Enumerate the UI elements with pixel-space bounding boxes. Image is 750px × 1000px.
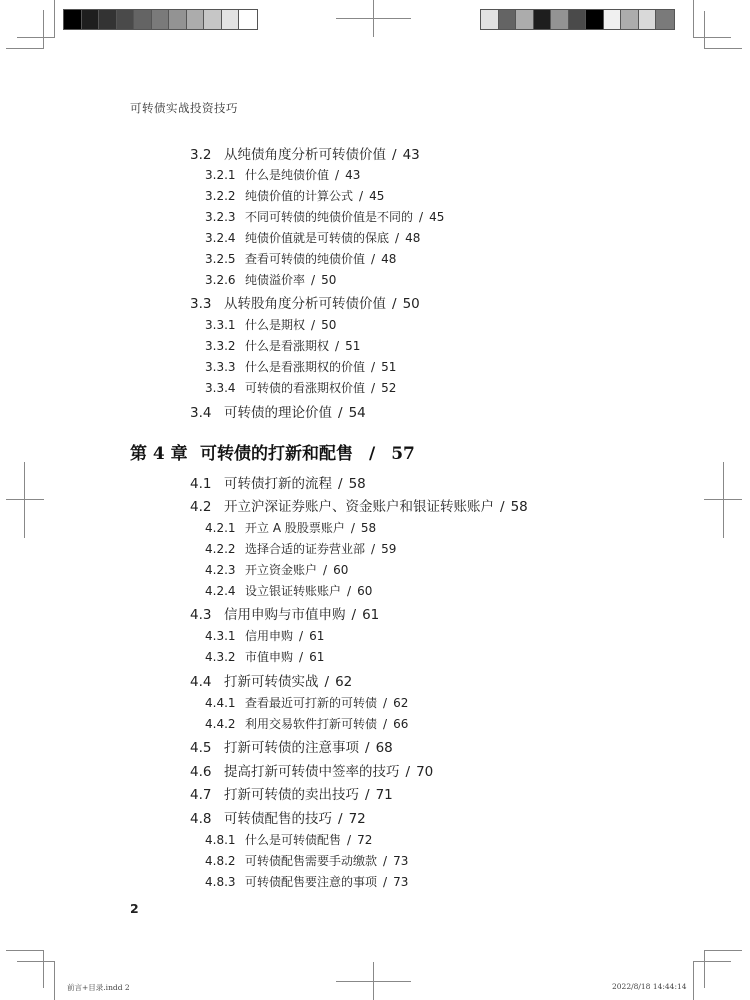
section-number: 4.3.2 [205, 650, 245, 664]
separator: / [325, 674, 330, 690]
section-title: 查看可转债的纯债价值 [245, 252, 365, 266]
page-number: 2 [130, 901, 139, 916]
toc-entry-4-2-3[interactable]: 4.2.3开立资金账户/60 [205, 561, 348, 578]
section-number: 3.4 [190, 405, 224, 421]
toc-entry-4-8-2[interactable]: 4.8.2可转债配售需要手动缴款/73 [205, 852, 408, 869]
page-ref: 52 [381, 381, 396, 395]
page-ref: 45 [369, 189, 384, 203]
page-ref: 72 [349, 811, 366, 827]
section-number: 4.4.1 [205, 696, 245, 710]
section-title: 查看最近可打新的可转债 [245, 696, 377, 710]
toc-entry-4-2-4[interactable]: 4.2.4设立银证转账账户/60 [205, 582, 372, 599]
toc-entry-3-3-2[interactable]: 3.3.2什么是看涨期权/51 [205, 337, 360, 354]
section-title: 信用申购 [245, 629, 293, 643]
page-ref: 58 [361, 521, 376, 535]
section-number: 3.2.3 [205, 210, 245, 224]
separator: / [351, 521, 355, 535]
chapter-title: 可转债的打新和配售 [200, 444, 353, 464]
toc-entry-4-3-2[interactable]: 4.3.2市值申购/61 [205, 648, 324, 665]
toc-entry-3-2[interactable]: 3.2从纯债角度分析可转债价值/43 [190, 143, 420, 163]
page-ref: 51 [345, 339, 360, 353]
section-title: 信用申购与市值申购 [224, 607, 346, 623]
page-ref: 58 [511, 499, 528, 515]
page-ref: 58 [349, 476, 366, 492]
toc-entry-3-4[interactable]: 3.4可转债的理论价值/54 [190, 401, 366, 421]
color-swatch [621, 10, 639, 29]
toc-entry-4-4[interactable]: 4.4打新可转债实战/62 [190, 670, 352, 690]
toc-entry-3-3-4[interactable]: 3.3.4可转债的看涨期权价值/52 [205, 379, 396, 396]
section-number: 4.8.2 [205, 854, 245, 868]
separator: / [371, 542, 375, 556]
chapter-number: 第 4 章 [130, 439, 200, 464]
separator: / [323, 563, 327, 577]
section-number: 3.3 [190, 296, 224, 312]
toc-entry-4-3[interactable]: 4.3信用申购与市值申购/61 [190, 603, 379, 623]
toc-entry-3-2-1[interactable]: 3.2.1什么是纯债价值/43 [205, 166, 360, 183]
page-ref: 61 [309, 629, 324, 643]
section-title: 打新可转债实战 [224, 674, 319, 690]
separator: / [299, 629, 303, 643]
section-number: 4.8.1 [205, 833, 245, 847]
separator: / [347, 833, 351, 847]
separator: / [395, 231, 399, 245]
separator: / [392, 296, 397, 312]
section-title: 开立沪深证券账户、资金账户和银证转账账户 [224, 499, 494, 515]
color-swatch [222, 10, 240, 29]
section-title: 开立资金账户 [245, 563, 317, 577]
separator: / [365, 787, 370, 803]
section-title: 可转债配售需要手动缴款 [245, 854, 377, 868]
toc-entry-4-3-1[interactable]: 4.3.1信用申购/61 [205, 627, 324, 644]
page-ref: 43 [345, 168, 360, 182]
section-number: 3.3.3 [205, 360, 245, 374]
section-title: 什么是期权 [245, 318, 305, 332]
section-title: 开立 A 股股票账户 [245, 521, 345, 535]
separator: / [371, 252, 375, 266]
section-title: 打新可转债的注意事项 [224, 740, 359, 756]
separator: / [383, 696, 387, 710]
color-swatch [481, 10, 499, 29]
color-swatch [551, 10, 569, 29]
page-ref: 48 [381, 252, 396, 266]
section-number: 3.3.1 [205, 318, 245, 332]
separator: / [392, 147, 397, 163]
color-swatch [169, 10, 187, 29]
toc-entry-4-2-2[interactable]: 4.2.2选择合适的证券营业部/59 [205, 540, 396, 557]
section-title: 纯债价值就是可转债的保底 [245, 231, 389, 245]
page-ref: 73 [393, 854, 408, 868]
section-number: 4.3.1 [205, 629, 245, 643]
section-title: 什么是纯债价值 [245, 168, 329, 182]
color-swatch [64, 10, 82, 29]
separator: / [419, 210, 423, 224]
separator: / [311, 318, 315, 332]
section-number: 4.1 [190, 476, 224, 492]
toc-entry-4-8-3[interactable]: 4.8.3可转债配售要注意的事项/73 [205, 873, 408, 890]
toc-entry-3-3[interactable]: 3.3从转股角度分析可转债价值/50 [190, 292, 420, 312]
toc-entry-4-1[interactable]: 4.1可转债打新的流程/58 [190, 472, 366, 492]
section-title: 从纯债角度分析可转债价值 [224, 147, 386, 163]
section-number: 4.8 [190, 811, 224, 827]
slug-filename: 前言+目录.indd 2 [67, 982, 130, 993]
separator: / [369, 444, 375, 464]
toc-entry-4-2[interactable]: 4.2开立沪深证券账户、资金账户和银证转账账户/58 [190, 495, 528, 515]
color-swatch [152, 10, 170, 29]
color-swatch [586, 10, 604, 29]
toc-entry-4-8-1[interactable]: 4.8.1什么是可转债配售/72 [205, 831, 372, 848]
page-ref: 62 [335, 674, 352, 690]
page-ref: 62 [393, 696, 408, 710]
toc-entry-4-7[interactable]: 4.7打新可转债的卖出技巧/71 [190, 783, 393, 803]
separator: / [383, 875, 387, 889]
page-ref: 57 [391, 444, 415, 464]
section-number: 3.2.1 [205, 168, 245, 182]
section-title: 不同可转债的纯债价值是不同的 [245, 210, 413, 224]
section-title: 市值申购 [245, 650, 293, 664]
separator: / [352, 607, 357, 623]
separator: / [338, 476, 343, 492]
section-number: 4.3 [190, 607, 224, 623]
section-number: 3.2.2 [205, 189, 245, 203]
section-number: 3.2.5 [205, 252, 245, 266]
section-title: 利用交易软件打新可转债 [245, 717, 377, 731]
section-title: 从转股角度分析可转债价值 [224, 296, 386, 312]
slug-timestamp: 2022/8/18 14:44:14 [612, 982, 687, 991]
page-ref: 70 [416, 764, 433, 780]
section-number: 4.2.3 [205, 563, 245, 577]
section-title: 可转债的看涨期权价值 [245, 381, 365, 395]
page-ref: 68 [376, 740, 393, 756]
section-title: 什么是看涨期权 [245, 339, 329, 353]
color-swatch [99, 10, 117, 29]
section-number: 4.8.3 [205, 875, 245, 889]
color-bar-right [480, 9, 675, 30]
section-title: 设立银证转账账户 [245, 584, 341, 598]
section-number: 4.2.4 [205, 584, 245, 598]
section-title: 纯债价值的计算公式 [245, 189, 353, 203]
page-ref: 48 [405, 231, 420, 245]
separator: / [335, 168, 339, 182]
section-title: 可转债打新的流程 [224, 476, 332, 492]
section-number: 4.2 [190, 499, 224, 515]
toc-entry-4-5[interactable]: 4.5打新可转债的注意事项/68 [190, 736, 393, 756]
toc-entry-4-8[interactable]: 4.8可转债配售的技巧/72 [190, 807, 366, 827]
section-title: 可转债的理论价值 [224, 405, 332, 421]
section-number: 3.2.4 [205, 231, 245, 245]
section-number: 4.2.1 [205, 521, 245, 535]
page-ref: 73 [393, 875, 408, 889]
page-ref: 50 [321, 273, 336, 287]
toc-entry-3-3-1[interactable]: 3.3.1什么是期权/50 [205, 316, 336, 333]
color-swatch [117, 10, 135, 29]
color-swatch [534, 10, 552, 29]
page-ref: 72 [357, 833, 372, 847]
color-swatch [239, 10, 257, 29]
color-bar-left [63, 9, 258, 30]
color-swatch [134, 10, 152, 29]
page-ref: 61 [309, 650, 324, 664]
page-ref: 43 [403, 147, 420, 163]
page-ref: 51 [381, 360, 396, 374]
section-title: 什么是看涨期权的价值 [245, 360, 365, 374]
separator: / [406, 764, 411, 780]
color-swatch [656, 10, 674, 29]
page-ref: 66 [393, 717, 408, 731]
page-ref: 50 [321, 318, 336, 332]
toc-entry-3-2-3[interactable]: 3.2.3不同可转债的纯债价值是不同的/45 [205, 208, 444, 225]
separator: / [500, 499, 505, 515]
toc-chapter-4[interactable]: 第 4 章可转债的打新和配售/57 [130, 439, 415, 464]
toc-entry-3-2-4[interactable]: 3.2.4纯债价值就是可转债的保底/48 [205, 229, 420, 246]
toc-entry-3-2-2[interactable]: 3.2.2纯债价值的计算公式/45 [205, 187, 384, 204]
separator: / [383, 854, 387, 868]
section-title: 打新可转债的卖出技巧 [224, 787, 359, 803]
separator: / [371, 381, 375, 395]
section-number: 4.4 [190, 674, 224, 690]
color-swatch [204, 10, 222, 29]
color-swatch [639, 10, 657, 29]
section-title: 选择合适的证券营业部 [245, 542, 365, 556]
toc-entry-3-2-6[interactable]: 3.2.6纯债溢价率/50 [205, 271, 336, 288]
toc-entry-4-6[interactable]: 4.6提高打新可转债中签率的技巧/70 [190, 760, 433, 780]
running-head: 可转债实战投资技巧 [130, 100, 238, 116]
separator: / [359, 189, 363, 203]
color-swatch [499, 10, 517, 29]
toc-entry-3-2-5[interactable]: 3.2.5查看可转债的纯债价值/48 [205, 250, 396, 267]
color-swatch [604, 10, 622, 29]
page-ref: 60 [333, 563, 348, 577]
separator: / [338, 405, 343, 421]
section-number: 4.7 [190, 787, 224, 803]
section-title: 纯债溢价率 [245, 273, 305, 287]
separator: / [383, 717, 387, 731]
toc-entry-4-2-1[interactable]: 4.2.1开立 A 股股票账户/58 [205, 519, 376, 536]
section-number: 3.2 [190, 147, 224, 163]
separator: / [347, 584, 351, 598]
color-swatch [187, 10, 205, 29]
section-number: 3.3.4 [205, 381, 245, 395]
page-ref: 59 [381, 542, 396, 556]
section-number: 3.3.2 [205, 339, 245, 353]
section-title: 提高打新可转债中签率的技巧 [224, 764, 400, 780]
color-swatch [82, 10, 100, 29]
separator: / [365, 740, 370, 756]
section-title: 什么是可转债配售 [245, 833, 341, 847]
separator: / [338, 811, 343, 827]
page-ref: 45 [429, 210, 444, 224]
separator: / [311, 273, 315, 287]
color-swatch [516, 10, 534, 29]
separator: / [299, 650, 303, 664]
page-ref: 60 [357, 584, 372, 598]
toc-entry-3-3-3[interactable]: 3.3.3什么是看涨期权的价值/51 [205, 358, 396, 375]
section-number: 4.6 [190, 764, 224, 780]
section-title: 可转债配售要注意的事项 [245, 875, 377, 889]
section-number: 4.5 [190, 740, 224, 756]
section-number: 3.2.6 [205, 273, 245, 287]
section-number: 4.4.2 [205, 717, 245, 731]
toc-entry-4-4-1[interactable]: 4.4.1查看最近可打新的可转债/62 [205, 694, 408, 711]
section-number: 4.2.2 [205, 542, 245, 556]
separator: / [371, 360, 375, 374]
page-ref: 61 [362, 607, 379, 623]
section-title: 可转债配售的技巧 [224, 811, 332, 827]
separator: / [335, 339, 339, 353]
page-ref: 50 [403, 296, 420, 312]
page-ref: 54 [349, 405, 366, 421]
color-swatch [569, 10, 587, 29]
toc-entry-4-4-2[interactable]: 4.4.2利用交易软件打新可转债/66 [205, 715, 408, 732]
page-ref: 71 [376, 787, 393, 803]
